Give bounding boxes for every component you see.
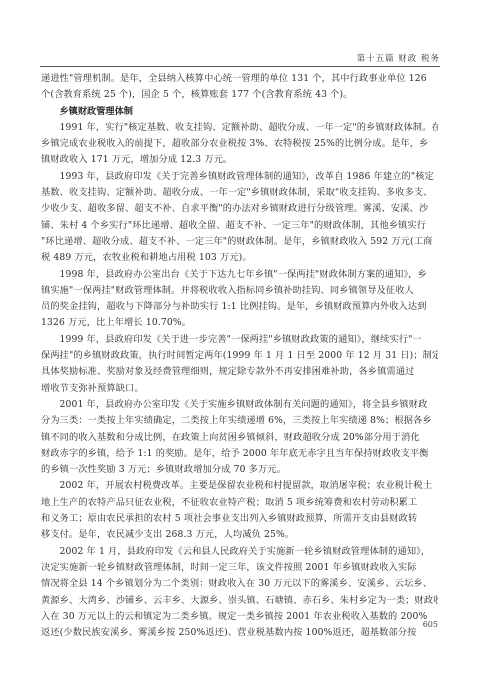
text-line: 税 489 万元，农牧业税和耕地占用税 103 万元)。 (41, 250, 438, 266)
text-line: 地上生产的农特产品只征农业税，不征收农业特产税；取消 5 项乡统筹费和农村劳动积… (41, 495, 438, 511)
text-line: 基数、收支挂钩、定额补助、超收分成、一年一定"乡镇财政体制，采取"收支挂钩、多收… (41, 185, 438, 201)
paragraph: 1993 年，县政府印发《关于完善乡镇财政管理体制的通知》，改革自 1986 年… (41, 169, 438, 267)
text-line: 入在 30 万元以上的云和镇定为二类乡镇。规定一类乡镇按 2001 年农业税收入… (41, 609, 438, 625)
body-text: 递进性"管理机制。是年，全县纳入核算中心统一管理的单位 131 个，其中行政事业… (41, 71, 438, 641)
page-number: 605 (423, 620, 438, 629)
text-line: 财政赤字的乡镇，给予 1:1 的奖励。是年，给予 2000 年年底无赤字且当年保… (41, 446, 438, 462)
text-line: 和义务工；原由农民承担的农村 5 项社会事业支出列入乡镇财政预算，所需开支由县财… (41, 511, 438, 527)
text-line: 分为三类：一类按上年实绩确定，二类按上年实绩递增 6%，三类按上年实绩递 8%；… (41, 413, 438, 429)
text-line: 镇不同的收入基数和分成比例，在政策上向贫困乡镇倾斜，财政超收分成 20%部分用于… (41, 430, 438, 446)
text-line: 铺、朱村 4 个乡实行"环比递增、超收全留、超支不补、一定三年"的财政体制，其他… (41, 218, 438, 234)
text-line: 镇实施"一保两挂"财政管理体制。并将税收收入指标同乡镇补助挂钩、同乡镇领导及征收… (41, 283, 438, 299)
text-line: 移支付。是年，农民减少支出 268.3 万元，人均减负 25%。 (41, 527, 438, 543)
paragraph: 1998 年，县政府办公室出台《关于下达九七年乡镇"一保两挂"财政体制方案的通知… (41, 267, 438, 332)
text-line: 员的奖金挂钩，超收与下降部分与补助实行 1:1 比例挂钩。是年，乡镇财政预算内外… (41, 299, 438, 315)
text-line: 的乡镇一次性奖励 3 万元；乡镇财政增加分成 70 多万元。 (41, 462, 438, 478)
paragraph: 2001 年，县政府办公室印发《关于实施乡镇财政体制有关问题的通知》，将全县乡镇… (41, 397, 438, 478)
text-line: 情况将全县 14 个乡镇划分为二个类别：财政收入在 30 万元以下的雾溪乡、安溪… (41, 576, 438, 592)
paragraph: 递进性"管理机制。是年，全县纳入核算中心统一管理的单位 131 个，其中行政事业… (41, 71, 438, 104)
text-line: 个(含教育系统 25 个)，国企 5 个，核算账套 177 个(含教育系统 43… (41, 87, 438, 103)
text-line: 1999 年，县政府印发《关于进一步完善"一保两挂"乡镇财政政策的通知》，继续实… (41, 332, 438, 348)
text-line: 1326 万元，比上年增长 10.70%。 (41, 315, 438, 331)
text-line: 乡镇完成农业税收入的前提下，超收部分农业税按 3%、农特税按 25%的比例分成。… (41, 136, 438, 152)
paragraph: 1999 年，县政府印发《关于进一步完善"一保两挂"乡镇财政政策的通知》，继续实… (41, 332, 438, 397)
text-line: 2002 年，开展农村税费改革。主要是保留农业税和村提留款，取消屠宰税；农业税计… (41, 478, 438, 494)
section-heading: 乡镇财政管理体制 (41, 104, 438, 120)
text-line: 增收节支弥补预算缺口。 (41, 381, 438, 397)
text-line: 具体奖励标准、奖励对象及经费管理细则，规定除专款外不再安排困难补助，各乡镇需通过 (41, 364, 438, 380)
text-line: 1993 年，县政府印发《关于完善乡镇财政管理体制的通知》，改革自 1986 年… (41, 169, 438, 185)
text-line: 递进性"管理机制。是年，全县纳入核算中心统一管理的单位 131 个，其中行政事业… (41, 71, 438, 87)
text-line: 镇财政收入 171 万元，增加分成 12.3 万元。 (41, 152, 438, 168)
text-line: 返还(少数民族安溪乡、雾溪乡按 250%返还)、营业税基数内按 100%返还，超… (41, 625, 438, 641)
text-line: 决定实施新一轮乡镇财政管理体制，时间一定三年，该文件按照 2001 年乡镇财政收… (41, 560, 438, 576)
running-title: 第十五篇 财政 税务 (357, 52, 440, 64)
paragraph: 2002 年，开展农村税费改革。主要是保留农业税和村提留款，取消屠宰税；农业税计… (41, 478, 438, 543)
paragraph: 2002 年 1 月，县政府印发《云和县人民政府关于实施新一轮乡镇财政管理体制的… (41, 544, 438, 642)
text-line: 2002 年 1 月，县政府印发《云和县人民政府关于实施新一轮乡镇财政管理体制的… (41, 544, 438, 560)
text-line: 少收少支、超收多留、超支不补、自求平衡"的办法对乡镇财政进行分级管理。雾溪、安溪… (41, 201, 438, 217)
text-line: "环比递增、超收分成、超支不补、一定三年"的财政体制。是年，乡镇财政收入 592… (41, 234, 438, 250)
text-line: 保两挂"的乡镇财政政策，执行时间暂定两年(1999 年 1 月 1 日至 200… (41, 348, 438, 364)
text-line: 2001 年，县政府办公室印发《关于实施乡镇财政体制有关问题的通知》，将全县乡镇… (41, 397, 438, 413)
text-line: 1998 年，县政府办公室出台《关于下达九七年乡镇"一保两挂"财政体制方案的通知… (41, 267, 438, 283)
page-header: 第十五篇 财政 税务 (40, 50, 440, 67)
text-line: 1991 年，实行"核定基数、收支挂钩、定额补助、超收分成、一年一定"的乡镇财政… (41, 120, 438, 136)
paragraph: 1991 年，实行"核定基数、收支挂钩、定额补助、超收分成、一年一定"的乡镇财政… (41, 120, 438, 169)
text-line: 黄源乡、大湾乡、沙铺乡、云丰乡、大源乡、崇头镇、石塘镇、赤石乡、朱村乡定为一类；… (41, 593, 438, 609)
